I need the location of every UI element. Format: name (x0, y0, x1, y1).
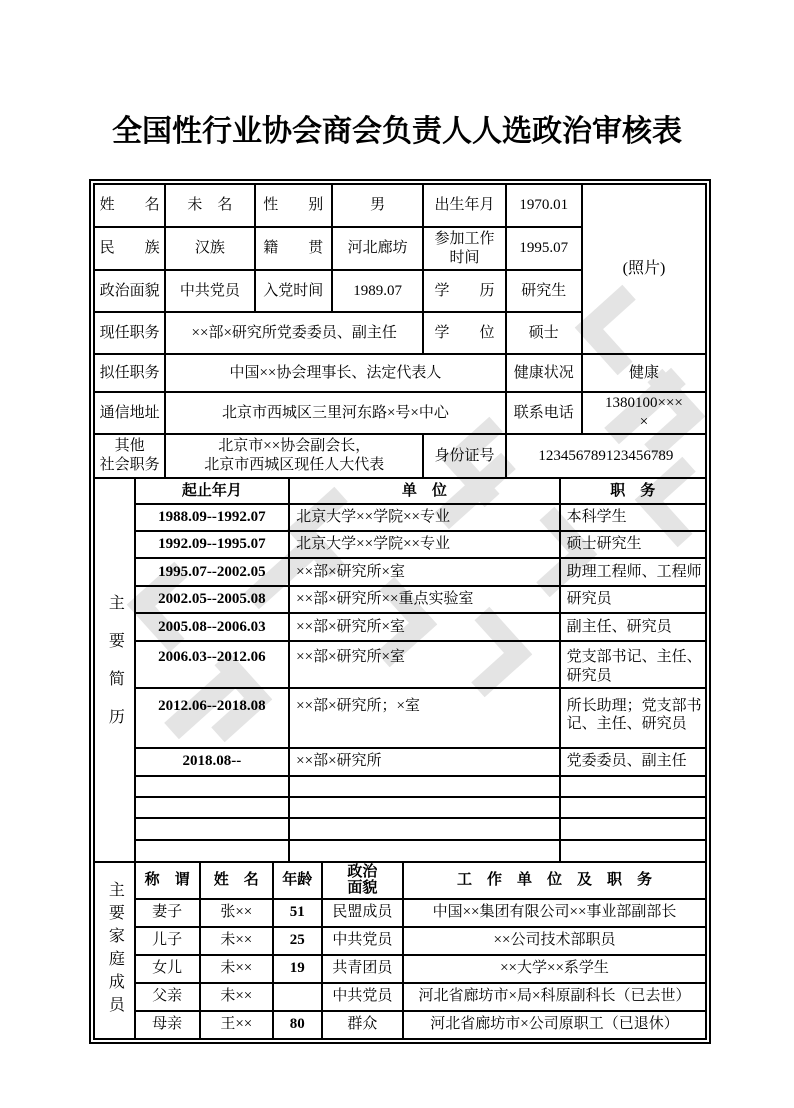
work-start-value: 1995.07 (506, 227, 582, 270)
family-header-work: 工 作 单 位 及 职 务 (403, 862, 706, 899)
resume-date: 2002.05--2005.08 (135, 586, 290, 613)
resume-table: 主要简历 起止年月 单 位 职 务 1988.09--1992.07 北京大学×… (93, 477, 707, 863)
resume-row: 2018.08-- ××部×研究所 党委委员、副主任 (94, 748, 706, 776)
address-value: 北京市西城区三里河东路×号×中心 (165, 392, 506, 434)
empty-cell (560, 797, 706, 818)
education-label: 学 历 (423, 270, 505, 312)
family-row: 父亲 未×× 中共党员 河北省廊坊市×局×科原副科长（已去世） (94, 983, 706, 1011)
resume-row: 2012.06--2018.08 ××部×研究所；×室 所长助理；党支部书记、主… (94, 688, 706, 748)
empty-cell (289, 840, 559, 862)
family-name: 未×× (200, 983, 273, 1011)
family-table: 主要家庭成员 称 谓 姓 名 年龄 政治 面貌 工 作 单 位 及 职 务 妻子… (93, 861, 707, 1040)
resume-position: 研究员 (560, 586, 706, 613)
health-value: 健康 (582, 354, 706, 392)
resume-unit: ××部×研究所 (289, 748, 559, 776)
family-row: 妻子 张×× 51 民盟成员 中国××集团有限公司××事业部副部长 (94, 899, 706, 927)
proposed-post-label: 拟任职务 (94, 354, 165, 392)
family-work: ××公司技术部职员 (403, 927, 706, 955)
resume-position: 所长助理；党支部书记、主任、研究员 (560, 688, 706, 748)
resume-position: 党委委员、副主任 (560, 748, 706, 776)
info-row-5: 拟任职务 中国××协会理事长、法定代表人 健康状况 健康 (94, 354, 706, 392)
empty-cell (289, 818, 559, 840)
family-political: 中共党员 (322, 983, 403, 1011)
work-start-label: 参加工作 时间 (423, 227, 505, 270)
gender-value: 男 (332, 184, 423, 227)
family-header-political: 政治 面貌 (322, 862, 403, 899)
resume-row: 2002.05--2005.08 ××部×研究所××重点实验室 研究员 (94, 586, 706, 613)
party-join-label: 入党时间 (255, 270, 332, 312)
resume-section-label: 主要简历 (94, 478, 135, 862)
family-name: 未×× (200, 927, 273, 955)
family-political: 群众 (322, 1011, 403, 1039)
empty-cell (560, 776, 706, 797)
resume-date: 1995.07--2002.05 (135, 558, 290, 586)
resume-row: 1992.09--1995.07 北京大学××学院××专业 硕士研究生 (94, 531, 706, 558)
family-age: 80 (273, 1011, 322, 1039)
resume-unit: ××部×研究所×室 (289, 558, 559, 586)
resume-row: 2005.08--2006.03 ××部×研究所×室 副主任、研究员 (94, 613, 706, 641)
resume-row-empty (94, 818, 706, 840)
resume-date: 2012.06--2018.08 (135, 688, 290, 748)
name-value: 未 名 (165, 184, 254, 227)
party-join-value: 1989.07 (332, 270, 423, 312)
resume-row-empty (94, 797, 706, 818)
resume-row: 1995.07--2002.05 ××部×研究所×室 助理工程师、工程师 (94, 558, 706, 586)
info-row-1: 姓 名 未 名 性 别 男 出生年月 1970.01 (照片) (94, 184, 706, 227)
ethnicity-label: 民 族 (94, 227, 165, 270)
health-label: 健康状况 (506, 354, 582, 392)
family-name: 未×× (200, 955, 273, 983)
family-relation: 儿子 (135, 927, 200, 955)
family-row: 儿子 未×× 25 中共党员 ××公司技术部职员 (94, 927, 706, 955)
empty-cell (560, 818, 706, 840)
family-work: ××大学××系学生 (403, 955, 706, 983)
education-value: 研究生 (506, 270, 582, 312)
resume-position: 本科学生 (560, 504, 706, 531)
family-row: 母亲 王×× 80 群众 河北省廊坊市×公司原职工（已退休） (94, 1011, 706, 1039)
phone-value: 1380100××× × (582, 392, 706, 434)
resume-date: 2005.08--2006.03 (135, 613, 290, 641)
address-label: 通信地址 (94, 392, 165, 434)
empty-cell (135, 840, 290, 862)
empty-cell (289, 797, 559, 818)
review-form-table: 姓 名 未 名 性 别 男 出生年月 1970.01 (照片) 民 族 汉族 籍… (93, 183, 707, 1040)
info-row-7: 其他 社会职务 北京市××协会副会长， 北京市西城区现任人大代表 身份证号 12… (94, 434, 706, 478)
resume-row: 1988.09--1992.07 北京大学××学院××专业 本科学生 (94, 504, 706, 531)
family-age (273, 983, 322, 1011)
empty-cell (135, 818, 290, 840)
current-post-value: ××部×研究所党委委员、副主任 (165, 312, 423, 354)
family-age: 25 (273, 927, 322, 955)
family-section-label: 主要家庭成员 (94, 862, 135, 1039)
family-work: 河北省廊坊市×公司原职工（已退休） (403, 1011, 706, 1039)
other-posts-value: 北京市××协会副会长， 北京市西城区现任人大代表 (165, 434, 423, 478)
resume-position: 党支部书记、主任、研究员 (560, 641, 706, 688)
family-age: 19 (273, 955, 322, 983)
resume-header-row: 主要简历 起止年月 单 位 职 务 (94, 478, 706, 504)
empty-cell (135, 776, 290, 797)
family-work: 中国××集团有限公司××事业部副部长 (403, 899, 706, 927)
empty-cell (560, 840, 706, 862)
resume-date: 1992.09--1995.07 (135, 531, 290, 558)
family-work: 河北省廊坊市×局×科原副科长（已去世） (403, 983, 706, 1011)
personal-info-table: 姓 名 未 名 性 别 男 出生年月 1970.01 (照片) 民 族 汉族 籍… (93, 183, 707, 479)
resume-row-empty (94, 840, 706, 862)
resume-unit: 北京大学××学院××专业 (289, 504, 559, 531)
family-header-age: 年龄 (273, 862, 322, 899)
family-political: 共青团员 (322, 955, 403, 983)
family-row: 女儿 未×× 19 共青团员 ××大学××系学生 (94, 955, 706, 983)
family-header-name: 姓 名 (200, 862, 273, 899)
birth-value: 1970.01 (506, 184, 582, 227)
resume-unit: ××部×研究所×室 (289, 641, 559, 688)
resume-date: 2006.03--2012.06 (135, 641, 290, 688)
resume-position: 硕士研究生 (560, 531, 706, 558)
degree-label: 学 位 (423, 312, 505, 354)
family-relation: 妻子 (135, 899, 200, 927)
name-label: 姓 名 (94, 184, 165, 227)
family-header-row: 主要家庭成员 称 谓 姓 名 年龄 政治 面貌 工 作 单 位 及 职 务 (94, 862, 706, 899)
empty-cell (135, 797, 290, 818)
resume-header-unit: 单 位 (289, 478, 559, 504)
family-political: 中共党员 (322, 927, 403, 955)
native-place-label: 籍 贯 (255, 227, 332, 270)
empty-cell (289, 776, 559, 797)
political-status-value: 中共党员 (165, 270, 254, 312)
proposed-post-value: 中国××协会理事长、法定代表人 (165, 354, 506, 392)
birth-label: 出生年月 (423, 184, 505, 227)
gender-label: 性 别 (255, 184, 332, 227)
photo-placeholder: (照片) (582, 184, 706, 354)
degree-value: 硕士 (506, 312, 582, 354)
id-number-value: 123456789123456789 (506, 434, 706, 478)
resume-unit: ××部×研究所××重点实验室 (289, 586, 559, 613)
resume-header-position: 职 务 (560, 478, 706, 504)
family-name: 张×× (200, 899, 273, 927)
family-relation: 母亲 (135, 1011, 200, 1039)
ethnicity-value: 汉族 (165, 227, 254, 270)
family-relation: 父亲 (135, 983, 200, 1011)
other-posts-label: 其他 社会职务 (94, 434, 165, 478)
resume-unit: ××部×研究所；×室 (289, 688, 559, 748)
resume-unit: 北京大学××学院××专业 (289, 531, 559, 558)
resume-row-empty (94, 776, 706, 797)
resume-header-date: 起止年月 (135, 478, 290, 504)
resume-date: 1988.09--1992.07 (135, 504, 290, 531)
political-status-label: 政治面貌 (94, 270, 165, 312)
info-row-6: 通信地址 北京市西城区三里河东路×号×中心 联系电话 1380100××× × (94, 392, 706, 434)
family-name: 王×× (200, 1011, 273, 1039)
phone-label: 联系电话 (506, 392, 582, 434)
native-place-value: 河北廊坊 (332, 227, 423, 270)
resume-position: 副主任、研究员 (560, 613, 706, 641)
page-title: 全国性行业协会商会负责人人选政治审核表 (0, 106, 794, 150)
resume-unit: ××部×研究所×室 (289, 613, 559, 641)
id-number-label: 身份证号 (423, 434, 505, 478)
resume-row: 2006.03--2012.06 ××部×研究所×室 党支部书记、主任、研究员 (94, 641, 706, 688)
family-relation: 女儿 (135, 955, 200, 983)
current-post-label: 现任职务 (94, 312, 165, 354)
family-age: 51 (273, 899, 322, 927)
resume-position: 助理工程师、工程师 (560, 558, 706, 586)
resume-date: 2018.08-- (135, 748, 290, 776)
family-header-relation: 称 谓 (135, 862, 200, 899)
family-political: 民盟成员 (322, 899, 403, 927)
